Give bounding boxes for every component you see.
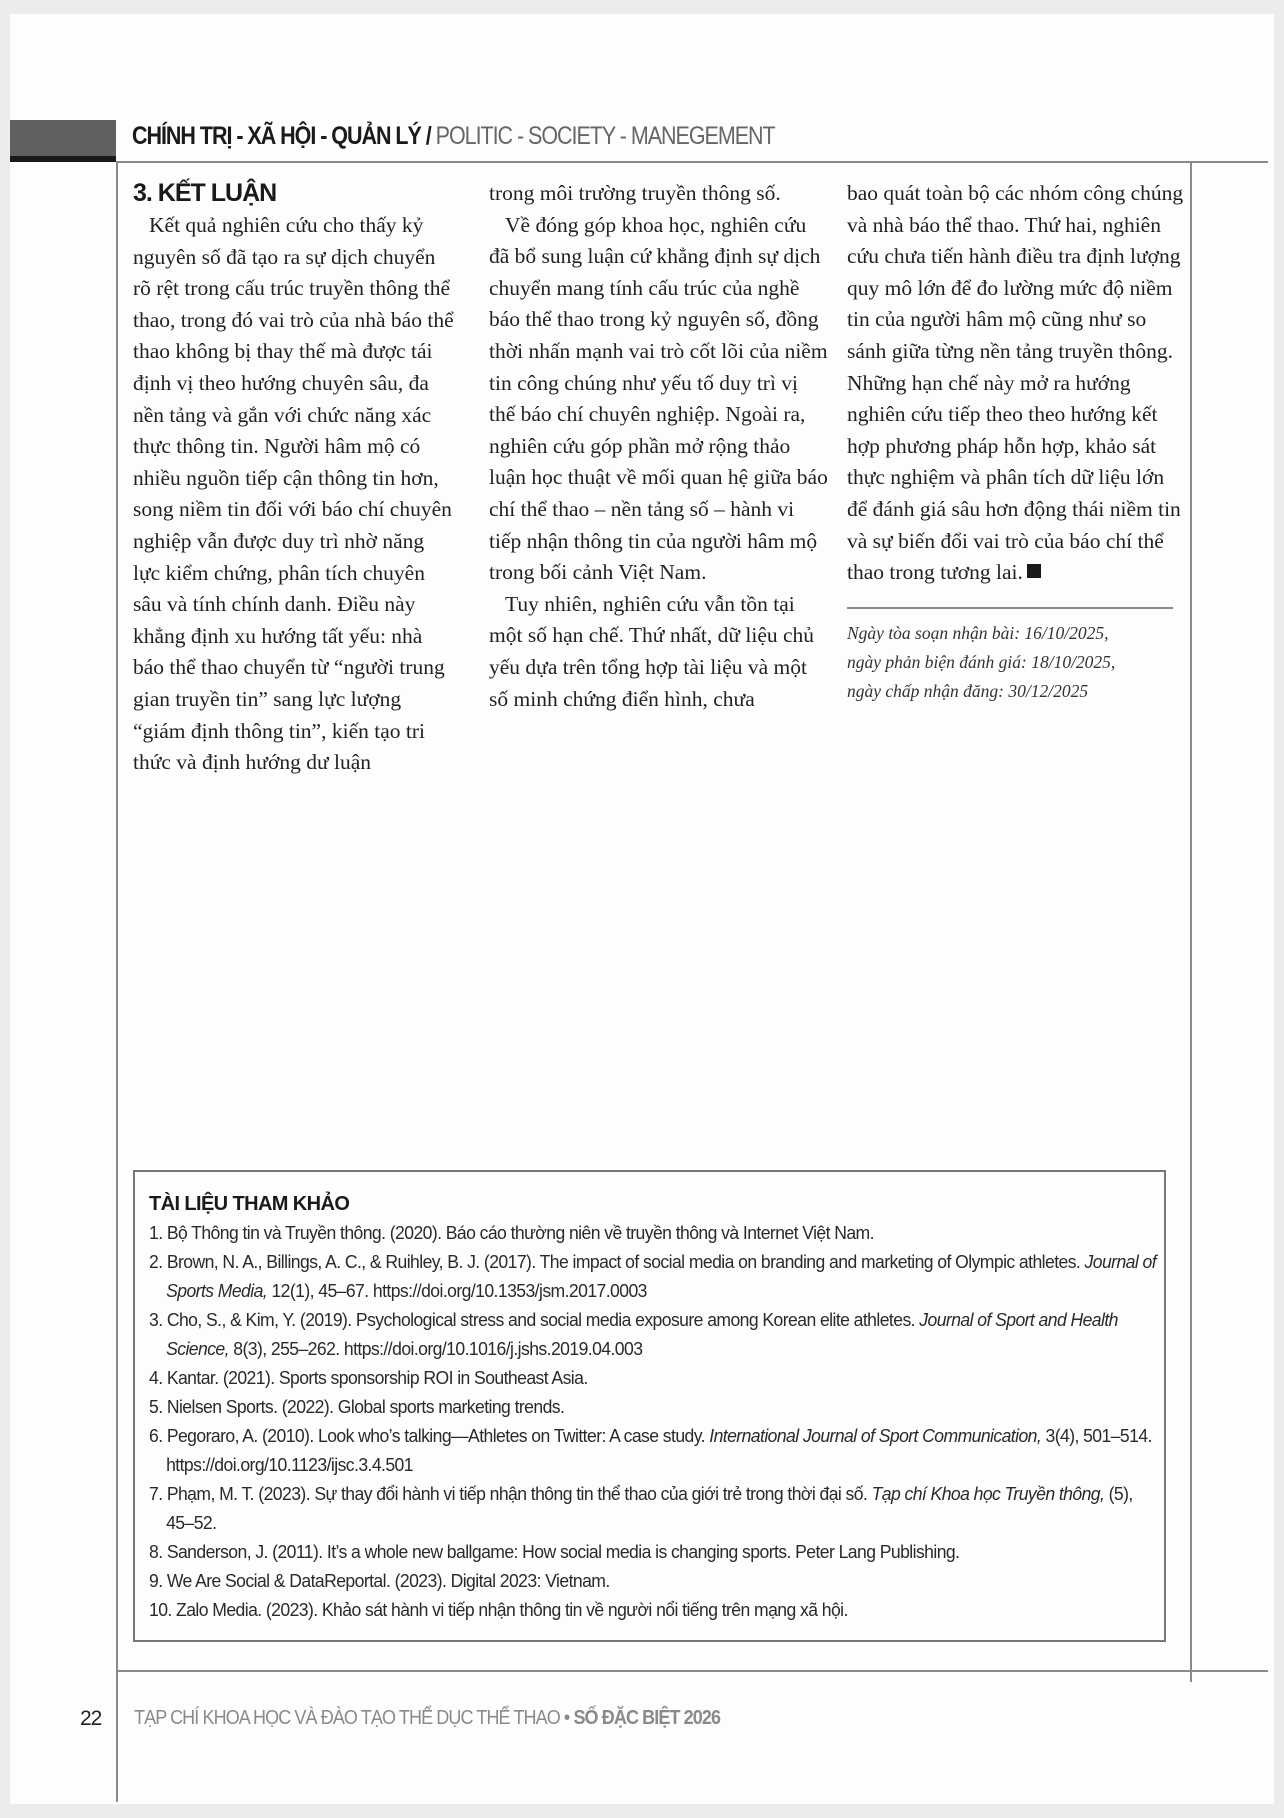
references-box: TÀI LIỆU THAM KHẢO 1. Bộ Thông tin và Tr… bbox=[133, 1170, 1166, 1642]
conclusion-paragraph-1: Kết quả nghiên cứu cho thấy kỷ nguyên số… bbox=[133, 210, 455, 779]
received-date: Ngày tòa soạn nhận bài: 16/10/2025, bbox=[847, 619, 1187, 648]
section-title: 3. KẾT LUẬN bbox=[133, 178, 455, 208]
reference-item: 4. Kantar. (2021). Sports sponsorship RO… bbox=[149, 1363, 1164, 1392]
reference-item: 1. Bộ Thông tin và Truyền thông. (2020).… bbox=[149, 1218, 1164, 1247]
contribution-paragraph: Về đóng góp khoa học, nghiên cứu đã bổ s… bbox=[489, 210, 829, 589]
reference-item: 2. Brown, N. A., Billings, A. C., & Ruih… bbox=[149, 1247, 1164, 1305]
section-header-vi: CHÍNH TRỊ - XÃ HỘI - QUẢN LÝ / bbox=[132, 122, 431, 150]
text-column-3: bao quát toàn bộ các nhóm công chúng và … bbox=[847, 178, 1187, 706]
reference-item: 6. Pegoraro, A. (2010). Look who’s talki… bbox=[149, 1421, 1164, 1479]
limitations-text: bao quát toàn bộ các nhóm công chúng và … bbox=[847, 181, 1183, 584]
journal-footer: TẠP CHÍ KHOA HỌC VÀ ĐÀO TẠO THỂ DỤC THỂ … bbox=[134, 1707, 720, 1730]
limitations-paragraph: Tuy nhiên, nghiên cứu vẫn tồn tại một số… bbox=[489, 589, 829, 715]
header-rule bbox=[116, 161, 1268, 163]
reference-item: 9. We Are Social & DataReportal. (2023).… bbox=[149, 1566, 1164, 1595]
dates-divider bbox=[847, 607, 1173, 609]
end-of-article-mark bbox=[1027, 564, 1041, 578]
section-color-block bbox=[10, 120, 116, 162]
reference-item: 7. Phạm, M. T. (2023). Sự thay đổi hành … bbox=[149, 1479, 1164, 1537]
section-header-en: POLITIC - SOCIETY - MANEGEMENT bbox=[431, 122, 775, 150]
references-title: TÀI LIỆU THAM KHẢO bbox=[149, 1190, 1150, 1218]
conclusion-paragraph-1-cont: trong môi trường truyền thông số. bbox=[489, 178, 829, 210]
reviewed-date: ngày phản biện đánh giá: 18/10/2025, bbox=[847, 648, 1187, 677]
footer-rule bbox=[116, 1670, 1268, 1672]
page-number: 22 bbox=[80, 1707, 101, 1731]
text-column-2: trong môi trường truyền thông số. Về đón… bbox=[489, 178, 829, 715]
reference-item: 3. Cho, S., & Kim, Y. (2019). Psychologi… bbox=[149, 1305, 1164, 1363]
reference-item: 8. Sanderson, J. (2011). It’s a whole ne… bbox=[149, 1537, 1164, 1566]
journal-name: TẠP CHÍ KHOA HỌC VÀ ĐÀO TẠO THỂ DỤC THỂ … bbox=[134, 1707, 573, 1729]
references-list: 1. Bộ Thông tin và Truyền thông. (2020).… bbox=[149, 1218, 1150, 1624]
left-margin-rule bbox=[116, 162, 118, 1802]
right-margin-rule bbox=[1190, 162, 1192, 1682]
journal-page: CHÍNH TRỊ - XÃ HỘI - QUẢN LÝ / POLITIC -… bbox=[10, 14, 1274, 1804]
reference-item: 5. Nielsen Sports. (2022). Global sports… bbox=[149, 1392, 1164, 1421]
accepted-date: ngày chấp nhận đăng: 30/12/2025 bbox=[847, 677, 1187, 706]
limitations-paragraph-cont: bao quát toàn bộ các nhóm công chúng và … bbox=[847, 178, 1187, 589]
section-header: CHÍNH TRỊ - XÃ HỘI - QUẢN LÝ / POLITIC -… bbox=[132, 122, 775, 151]
journal-issue: SỐ ĐẶC BIỆT 2026 bbox=[573, 1707, 720, 1729]
text-column-1: 3. KẾT LUẬN Kết quả nghiên cứu cho thấy … bbox=[133, 178, 455, 779]
submission-dates: Ngày tòa soạn nhận bài: 16/10/2025, ngày… bbox=[847, 619, 1187, 706]
reference-item: 10. Zalo Media. (2023). Khảo sát hành vi… bbox=[149, 1595, 1164, 1624]
